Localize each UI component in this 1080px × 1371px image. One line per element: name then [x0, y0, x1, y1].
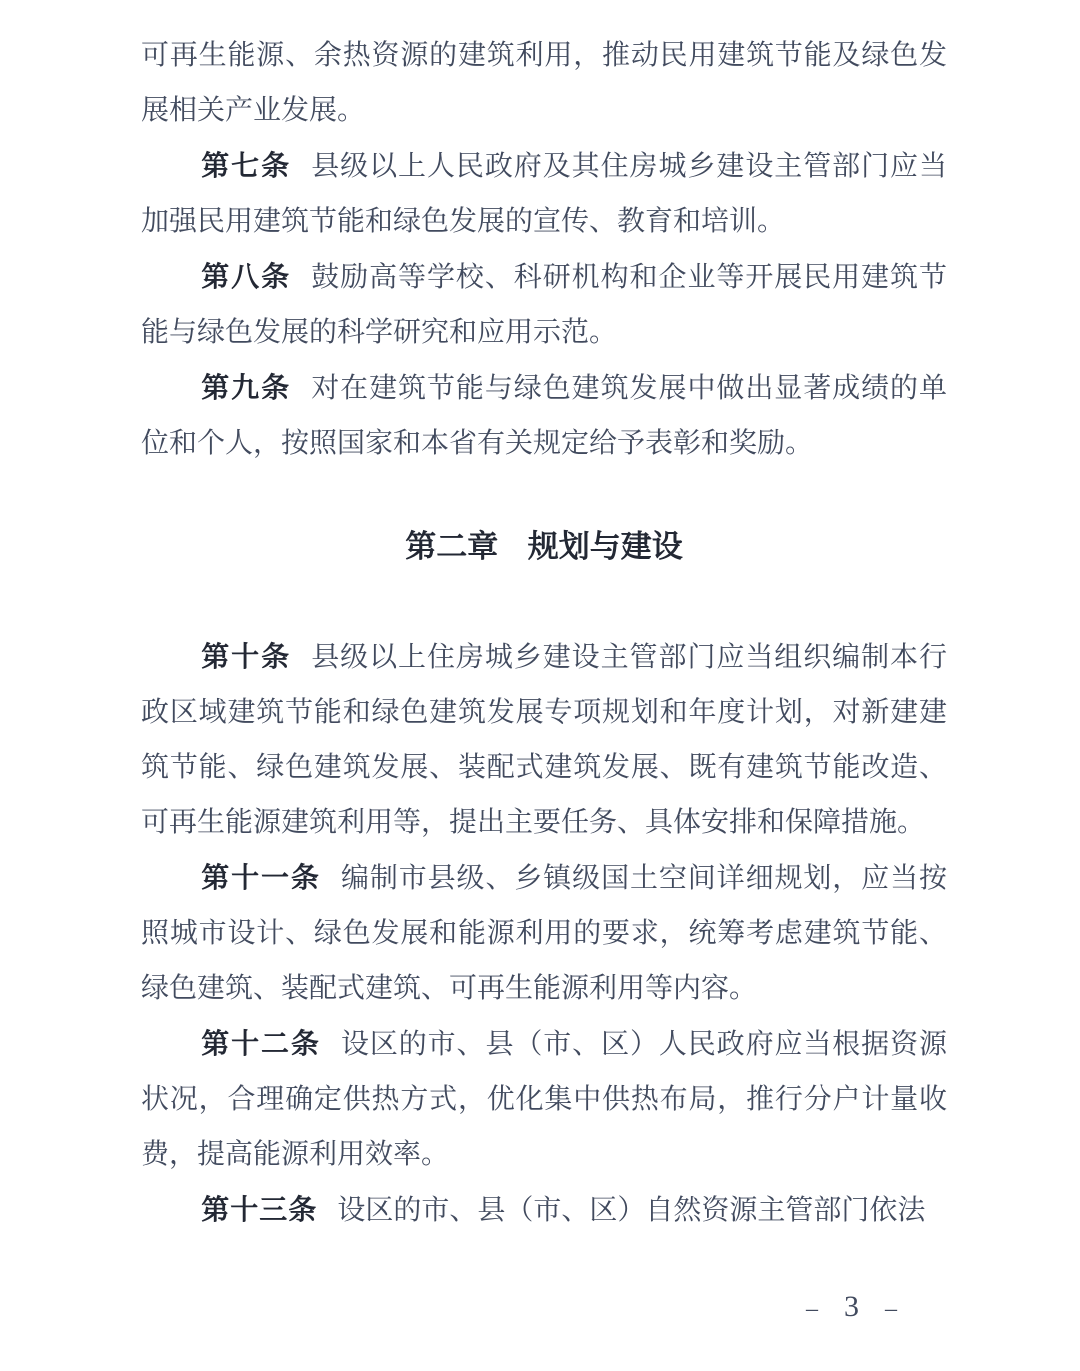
article-text: 设区的市、县（市、区）自然资源主管部门依法: [337, 1195, 925, 1226]
document-page: 可再生能源、余热资源的建筑利用，推动民用建筑节能及绿色发展相关产业发展。第七条县…: [0, 0, 1080, 1371]
page-footer: – 3 –: [806, 1290, 897, 1324]
article-paragraph: 第九条对在建筑节能与绿色建筑发展中做出显著成绩的单位和个人，按照国家和本省有关规…: [141, 360, 947, 471]
article-paragraph: 第十二条设区的市、县（市、区）人民政府应当根据资源状况，合理确定供热方式，优化集…: [141, 1016, 947, 1182]
article-paragraph: 第十条县级以上住房城乡建设主管部门应当组织编制本行政区域建筑节能和绿色建筑发展专…: [141, 629, 947, 850]
chapter-number: 第二章: [405, 529, 498, 564]
footer-right-dash: –: [885, 1296, 897, 1323]
article-number: 第八条: [201, 261, 291, 292]
article-number: 第七条: [201, 150, 291, 181]
chapter-heading: 第二章规划与建设: [141, 519, 947, 574]
article-number: 第十二条: [201, 1028, 321, 1059]
paragraph-continuation: 可再生能源、余热资源的建筑利用，推动民用建筑节能及绿色发展相关产业发展。: [141, 28, 947, 138]
article-paragraph: 第八条鼓励高等学校、科研机构和企业等开展民用建筑节能与绿色发展的科学研究和应用示…: [141, 249, 947, 360]
article-paragraph: 第七条县级以上人民政府及其住房城乡建设主管部门应当加强民用建筑节能和绿色发展的宣…: [141, 138, 947, 249]
article-number: 第十一条: [201, 862, 321, 893]
article-number: 第十条: [201, 641, 291, 672]
chapter-title: 规划与建设: [528, 529, 683, 564]
footer-left-dash: –: [806, 1296, 818, 1323]
document-body: 可再生能源、余热资源的建筑利用，推动民用建筑节能及绿色发展相关产业发展。第七条县…: [141, 28, 947, 1238]
article-number: 第九条: [201, 372, 291, 403]
article-text: 可再生能源、余热资源的建筑利用，推动民用建筑节能及绿色发展相关产业发展。: [141, 40, 947, 126]
page-number: 3: [844, 1290, 859, 1324]
article-paragraph: 第十三条设区的市、县（市、区）自然资源主管部门依法: [141, 1182, 947, 1238]
article-number: 第十三条: [201, 1194, 317, 1225]
article-paragraph: 第十一条编制市县级、乡镇级国土空间详细规划，应当按照城市设计、绿色发展和能源利用…: [141, 850, 947, 1016]
